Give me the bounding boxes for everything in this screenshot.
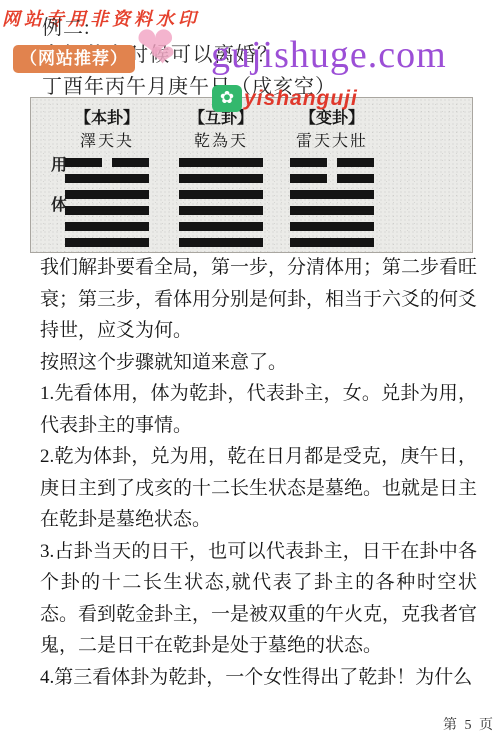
hexagram-line-broken — [290, 174, 374, 183]
hexagram-line-solid — [65, 222, 149, 231]
paragraph-6: 4.第三看体卦为乾卦，一个女性得出了乾卦！为什么 — [40, 662, 477, 694]
hexagram-line-broken — [65, 158, 149, 167]
hexagram-lines — [290, 158, 374, 247]
hexagram-diagram: 用 体 【本卦】 澤天夬 【互卦】 乾為天 【变卦】 雷天大壯 — [30, 97, 473, 253]
example-label: 例二: — [42, 11, 91, 40]
hexagram-line-solid — [179, 174, 263, 183]
paragraph-3: 1.先看体用，体为乾卦，代表卦主，女。兑卦为用，代表卦主的事情。 — [40, 378, 477, 441]
hexagram-line-solid — [179, 190, 263, 199]
site-recommend-badge: （网站推荐） — [13, 45, 135, 73]
hexagram-line-solid — [65, 190, 149, 199]
body-text: 我们解卦要看全局，第一步，分清体用；第二步看旺衰；第三步，看体用分别是何卦，相当… — [40, 252, 477, 693]
hexagram-lines — [179, 158, 263, 247]
page-number: 第 5 页 — [443, 714, 495, 734]
hexagram-name: 乾為天 — [161, 128, 281, 151]
hexagram-line-solid — [290, 190, 374, 199]
green-flower-icon: ✿ — [212, 85, 242, 112]
hexagram-line-solid — [290, 238, 374, 247]
hexagram-line-broken — [290, 158, 374, 167]
hexagram-line-solid — [290, 206, 374, 215]
hexagram-lines — [65, 158, 149, 247]
hexagram-line-solid — [179, 206, 263, 215]
paragraph-1: 我们解卦要看全局，第一步，分清体用；第二步看旺衰；第三步，看体用分别是何卦，相当… — [40, 252, 477, 347]
hexagram-column-bian: 【变卦】 雷天大壯 — [272, 98, 392, 254]
hexagram-line-solid — [179, 238, 263, 247]
hexagram-line-solid — [65, 238, 149, 247]
hexagram-line-solid — [290, 222, 374, 231]
hexagram-name: 澤天夬 — [47, 128, 167, 151]
paragraph-4: 2.乾为体卦，兑为用，乾在日月都是受克，庚午日，庚日主到了戌亥的十二长生状态是墓… — [40, 441, 477, 536]
hexagram-line-solid — [179, 222, 263, 231]
book-page: 网站专用非资料水印 例二: 女问什么时候可以离婚？ ❤ ❤ （网站推荐） guj… — [0, 0, 503, 750]
hexagram-line-solid — [179, 158, 263, 167]
hexagram-name: 雷天大壯 — [272, 128, 392, 151]
paragraph-2: 按照这个步骤就知道来意了。 — [40, 347, 477, 379]
site-url-watermark: gujishuge.com — [211, 36, 447, 74]
brand-watermark-text: yishanguji — [244, 87, 358, 111]
paragraph-5: 3.占卦当天的日干，也可以代表卦主，日干在卦中各个卦的十二长生状态,就代表了卦主… — [40, 536, 477, 662]
hexagram-column-hu: 【互卦】 乾為天 — [161, 98, 281, 254]
hexagram-header: 【本卦】 — [47, 105, 167, 128]
heart-icon: ❤ — [150, 42, 175, 72]
hexagram-line-solid — [65, 174, 149, 183]
hexagram-column-ben: 【本卦】 澤天夬 — [47, 98, 167, 254]
hexagram-line-solid — [65, 206, 149, 215]
brand-watermark: ✿ yishanguji — [212, 85, 358, 112]
